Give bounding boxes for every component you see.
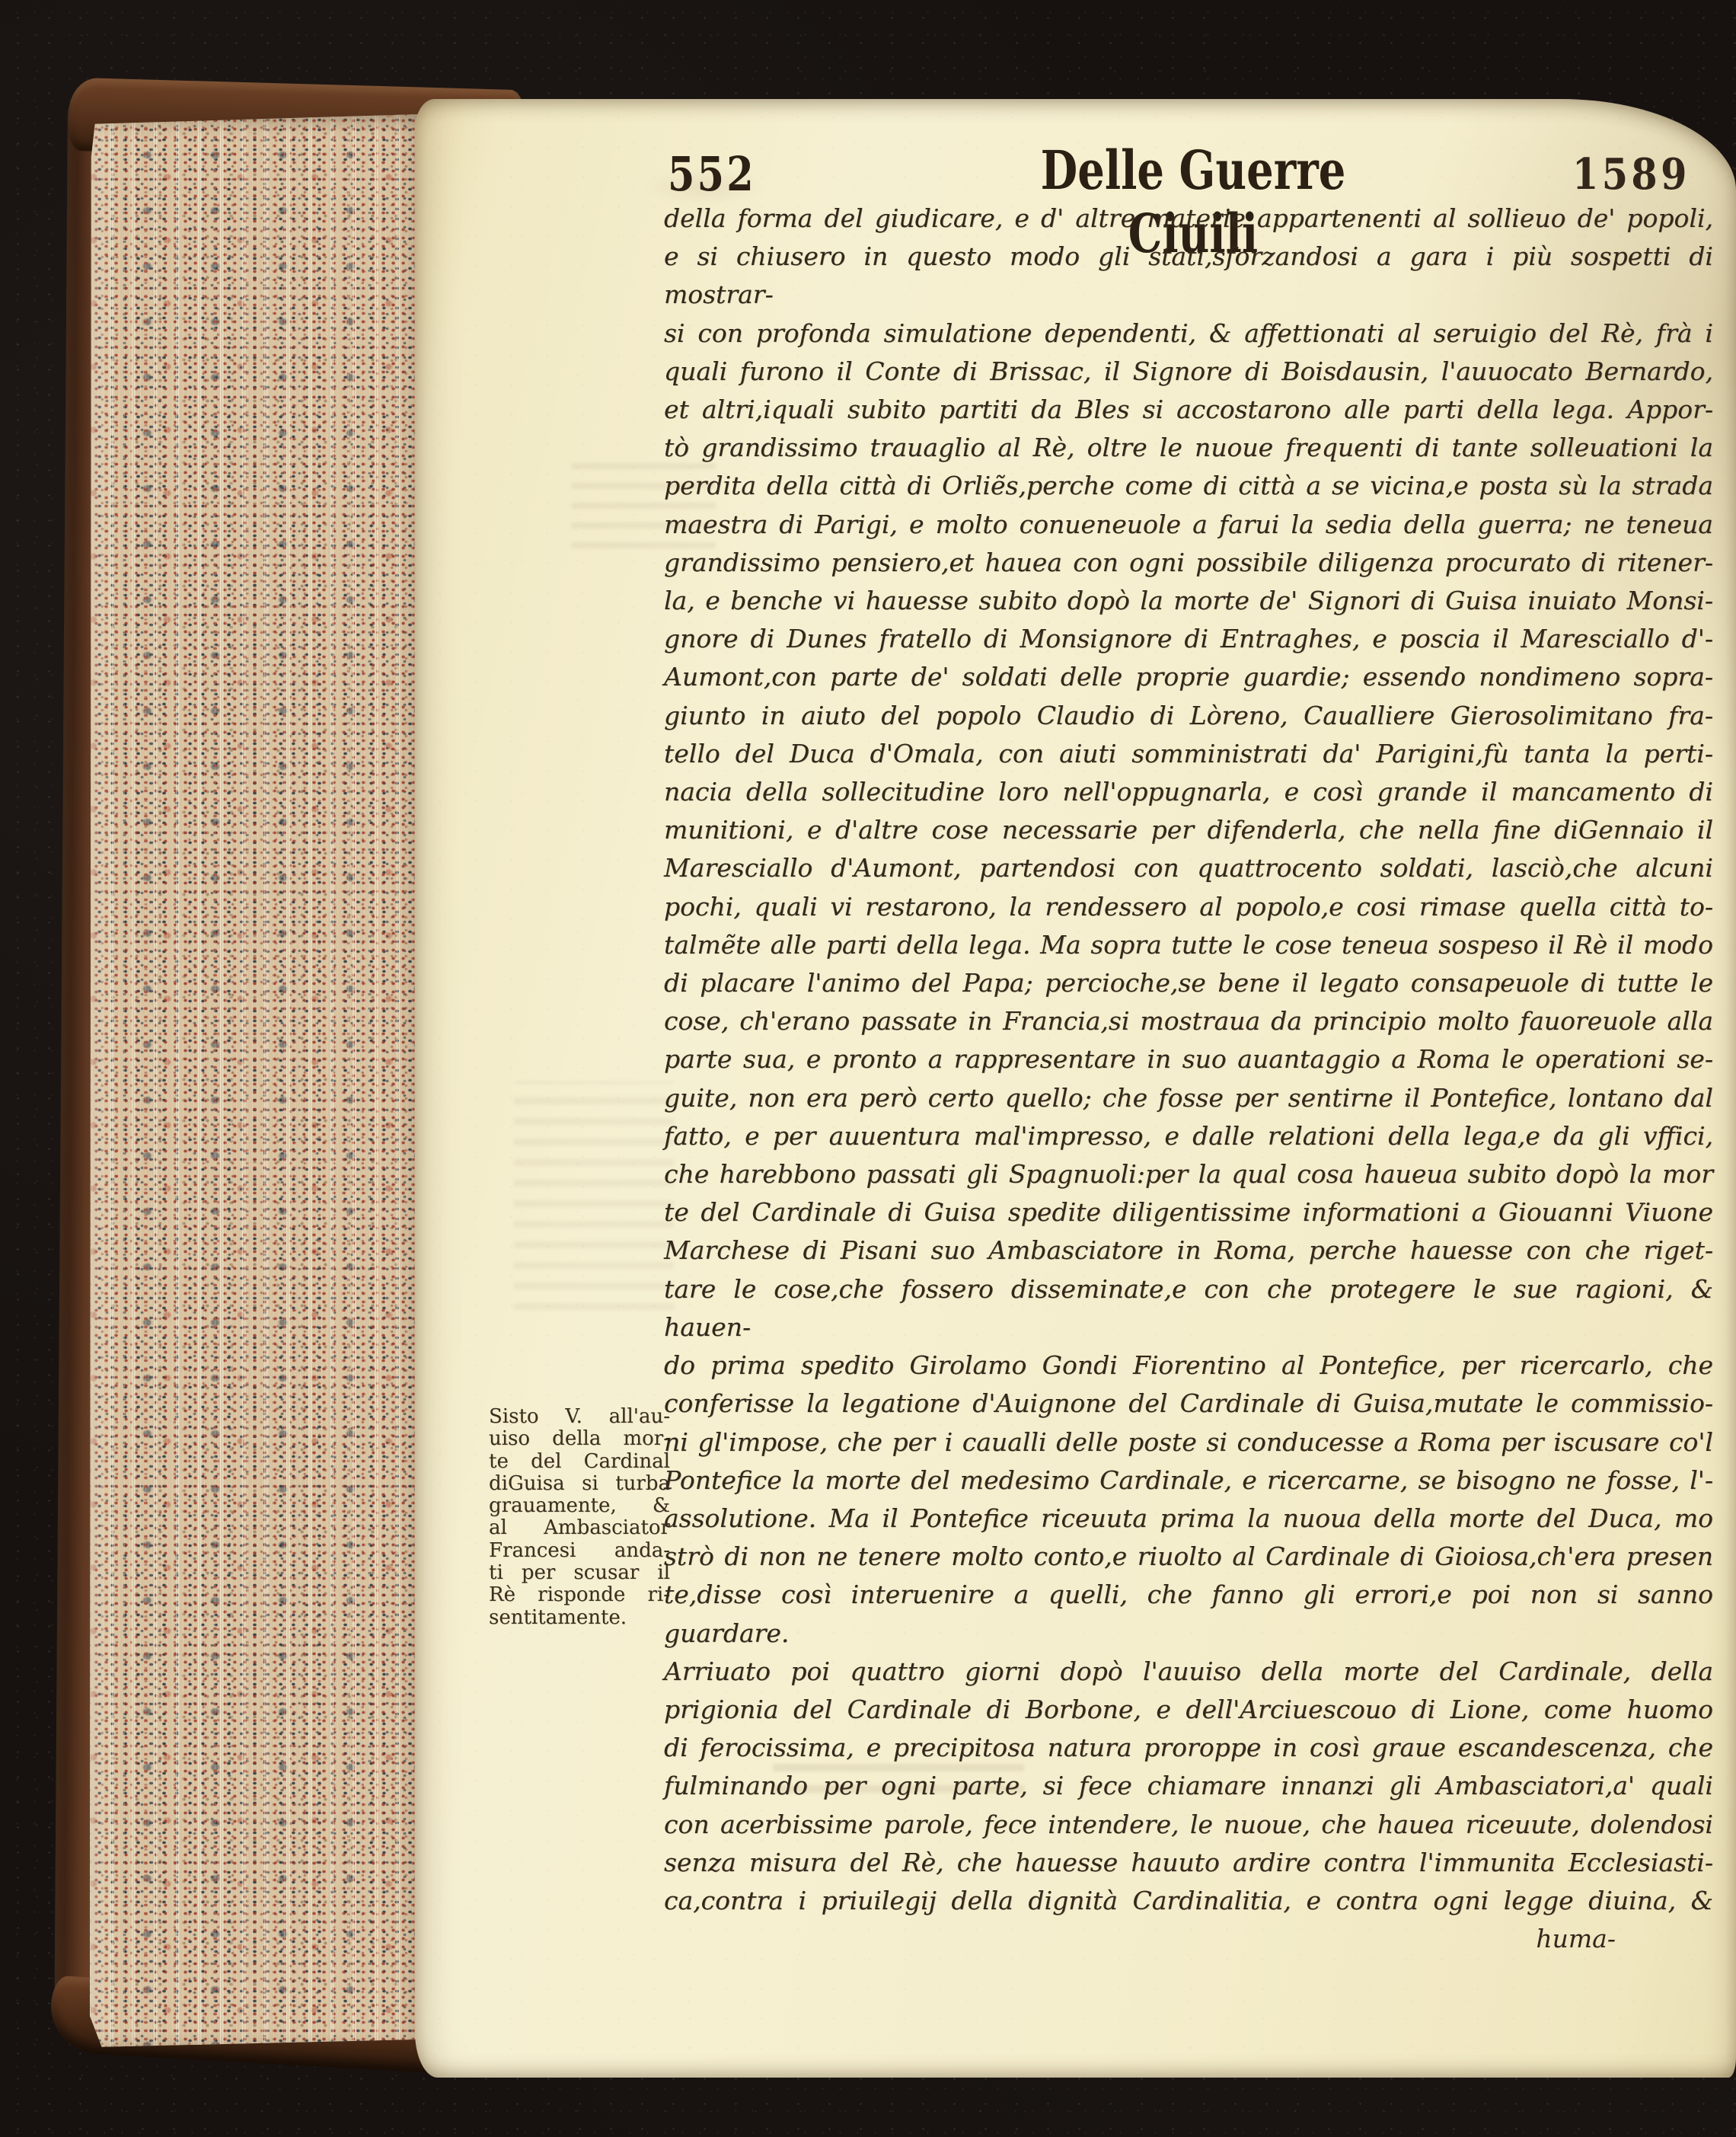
book-page: 552 Delle Guerre Ciuili 1589 Sisto V. al… [415,99,1736,2078]
body-text-line: prigionia del Cardinale di Borbone, e de… [664,1691,1713,1729]
margin-note: Sisto V. all'au-uiso della mor-te del Ca… [489,1406,670,1629]
body-text-line: te del Cardinale di Guisa spedite dilige… [664,1193,1713,1231]
body-text-line: fatto, e per auuentura mal'impresso, e d… [664,1117,1713,1155]
body-text-line: do prima spedito Girolamo Gondi Fiorenti… [664,1346,1713,1385]
body-text-line: Arriuato poi quattro giorni dopò l'auuis… [664,1653,1713,1691]
body-text-line: perdita della città di Orliẽs,perche com… [664,467,1713,505]
body-text-line: ni gl'impose, che per i caualli delle po… [664,1423,1713,1461]
body-text-line: strò di non ne tenere molto conto,e riuo… [664,1538,1713,1576]
body-text-line: della forma del giudicare, e d' altre ma… [664,200,1713,238]
catchword: huma- [1536,1924,1616,1953]
body-text-line: grandissimo pensiero,et hauea con ogni p… [664,544,1713,582]
body-text-line: te,disse così interuenire a quelli, che … [664,1576,1713,1652]
page-number: 552 [668,146,756,202]
margin-note-line: Francesi anda- [489,1540,670,1562]
body-text-line: Aumont,con parte de' soldati delle propr… [664,658,1713,696]
body-lines: della forma del giudicare, e d' altre ma… [664,200,1713,1920]
body-text-line: nacia della sollecitudine loro nell'oppu… [664,773,1713,811]
marbled-page-edges [90,114,428,2055]
margin-note-line: te del Cardinal [489,1451,670,1473]
body-text-line: parte sua, e pronto a rappresentare in s… [664,1040,1713,1078]
body-text-line: tello del Duca d'Omala, con aiuti sommin… [664,735,1713,773]
body-text-line: Pontefice la morte del medesimo Cardinal… [664,1461,1713,1500]
margin-note-line: Rè risponde ri- [489,1584,670,1606]
body-text-line: guite, non era però certo quello; che fo… [664,1079,1713,1117]
body-text-line: giunto in aiuto del popolo Claudio di Lò… [664,697,1713,735]
body-text-line: et altri,iquali subito partiti da Bles s… [664,391,1713,429]
body-text-line: Marchese di Pisani suo Ambasciatore in R… [664,1231,1713,1270]
book-scan-photo: 552 Delle Guerre Ciuili 1589 Sisto V. al… [0,0,1736,2137]
body-text-line: talmẽte alle parti della lega. Ma sopra … [664,926,1713,964]
margin-note-line: diGuisa si turba [489,1473,670,1495]
body-text-line: gnore di Dunes fratello di Monsignore di… [664,620,1713,658]
body-text-line: di placare l'animo del Papa; percioche,s… [664,964,1713,1002]
body-text-line: munitioni, e d'altre cose necessarie per… [664,811,1713,849]
margin-note-line: ti per scusar il [489,1562,670,1584]
body-text-line: maestra di Parigi, e molto conueneuole a… [664,506,1713,544]
body-text-line: fulminando per ogni parte, si fece chiam… [664,1767,1713,1805]
body-text-line: senza misura del Rè, che hauesse hauuto … [664,1844,1713,1882]
body-text-line: ca,contra i priuilegij della dignità Car… [664,1882,1713,1920]
body-text-line: assolutione. Ma il Pontefice riceuuta pr… [664,1500,1713,1538]
body-text-line: che harebbono passati gli Spagnuoli:per … [664,1155,1713,1193]
body-text-line: tare le cose,che fossero disseminate,e c… [664,1270,1713,1346]
page-year: 1589 [1572,149,1690,200]
body-text-line: tò grandissimo trauaglio al Rè, oltre le… [664,429,1713,467]
body-text-line: pochi, quali vi restarono, la rendessero… [664,888,1713,926]
body-text-line: Maresciallo d'Aumont, partendosi con qua… [664,849,1713,887]
body-text-line: cose, ch'erano passate in Francia,si mos… [664,1002,1713,1040]
body-text-line: di ferocissima, e precipitosa natura pro… [664,1729,1713,1767]
margin-note-line: grauamente, & [489,1495,670,1517]
margin-note-line: al Ambasciator [489,1517,670,1539]
margin-note-line: Sisto V. all'au- [489,1406,670,1428]
body-text-line: la, e benche vi hauesse subito dopò la m… [664,582,1713,620]
margin-note-line: sentitamente. [489,1607,670,1629]
body-text-line: con acerbissime parole, fece intendere, … [664,1806,1713,1844]
body-text-line: e si chiusero in questo modo gli stati,s… [664,238,1713,314]
body-text-line: conferisse la legatione d'Auignone del C… [664,1385,1713,1423]
body-text: della forma del giudicare, e d' altre ma… [664,200,1713,1958]
catchword-row: huma- [664,1920,1713,1958]
margin-note-line: uiso della mor- [489,1428,670,1450]
body-text-line: si con profonda simulatione dependenti, … [664,315,1713,353]
body-text-line: quali furono il Conte di Brissac, il Sig… [664,353,1713,391]
